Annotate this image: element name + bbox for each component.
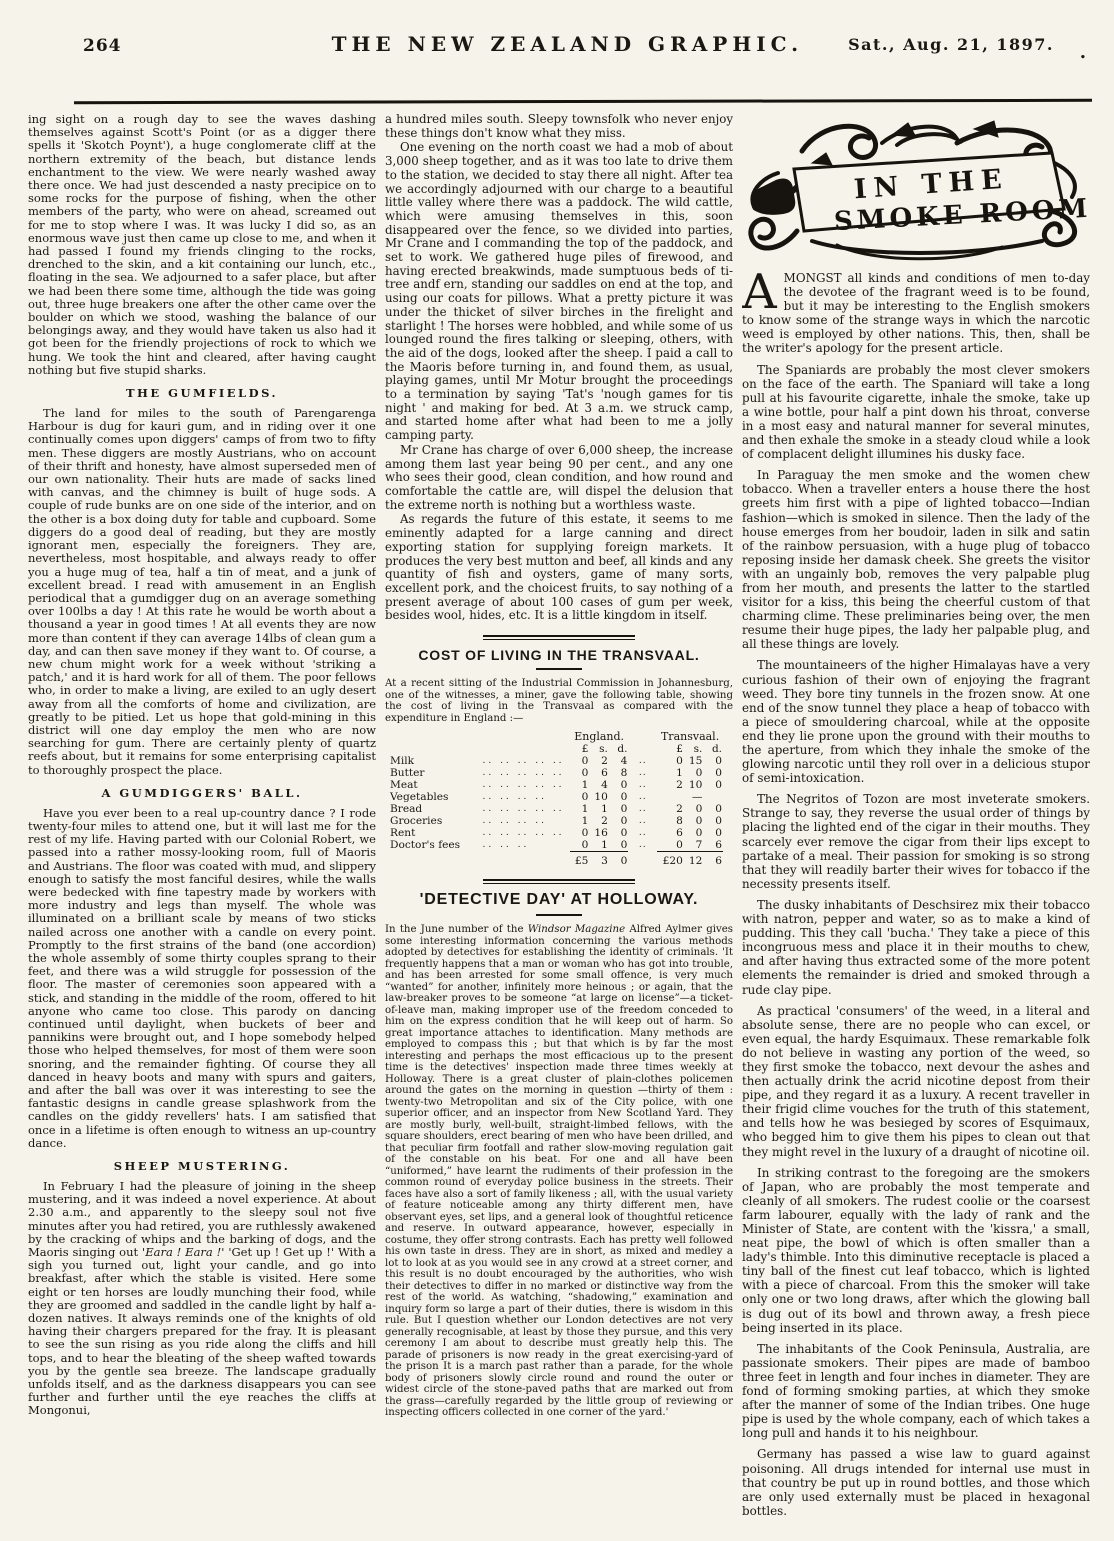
column-center: a hundred miles south. Sleepy townsfolk … — [385, 113, 733, 1537]
italic-publication-name: Windsor Magazine — [528, 924, 625, 935]
paragraph: The Negritos of Tozon are most inveterat… — [742, 792, 1090, 891]
dot-leader: .. — [628, 767, 657, 779]
dot-leader: .. — [628, 827, 657, 839]
paragraph: In striking contrast to the foregoing ar… — [742, 1166, 1090, 1335]
table-row: Butter .. .. .. .. .. 0 6 8 .. 1 0 0 — [389, 767, 723, 779]
table-total-row: £5 3 0 £20 12 6 — [389, 852, 723, 868]
column-header-transvaal: Transvaal. — [657, 730, 723, 743]
paragraph-text: In the June number of the — [385, 924, 528, 935]
column-header-england: England. — [570, 730, 629, 743]
corner-mark: . — [1080, 42, 1086, 63]
masthead: 264 THE NEW ZEALAND GRAPHIC. Sat., Aug. … — [75, 28, 1088, 68]
newspaper-title: THE NEW ZEALAND GRAPHIC. — [332, 32, 804, 56]
article-heading-transvaal: COST OF LIVING IN THE TRANSVAAL. — [385, 647, 733, 663]
currency-shilling: s. — [684, 743, 704, 755]
paragraph: In Paraguay the men smoke and the women … — [742, 468, 1090, 651]
paragraph: AMONGST all kinds and conditions of men … — [742, 271, 1090, 356]
dot-leader: .. .. .. .. — [481, 791, 569, 803]
paragraph: One evening on the north coast we had a … — [385, 141, 733, 442]
section-divider-rule — [483, 635, 635, 640]
table-row: Bread .. .. .. .. .. 1 1 0 .. 2 0 0 — [389, 803, 723, 815]
paragraph: Have you ever been to a real up-country … — [28, 807, 376, 1150]
paragraph: The mountaineers of the higher Himalayas… — [742, 658, 1090, 785]
table-header-row: England. Transvaal. — [389, 730, 723, 743]
table-row: Milk .. .. .. .. .. 0 2 4 .. 0 15 0 — [389, 755, 723, 767]
dot-leader: .. .. .. .. — [481, 815, 569, 827]
paragraph: In the June number of the Windsor Magazi… — [385, 924, 733, 1419]
dot-leader: .. — [628, 791, 657, 803]
dot-leader: .. .. .. .. .. — [481, 779, 569, 791]
table-row: Groceries .. .. .. .. 1 2 0 .. 8 0 0 — [389, 815, 723, 827]
currency-pence: d. — [703, 743, 723, 755]
table-currency-row: £ s. d. £ s. d. — [389, 743, 723, 755]
currency-pence: d. — [609, 743, 629, 755]
paragraph: The dusky inhabitants of Deschsirez mix … — [742, 898, 1090, 997]
currency-shilling: s. — [589, 743, 609, 755]
newspaper-page: 264 THE NEW ZEALAND GRAPHIC. Sat., Aug. … — [0, 0, 1114, 1541]
section-heading-gumfields: THE GUMFIELDS. — [28, 386, 376, 400]
dot-leader: .. .. .. .. .. — [481, 803, 569, 815]
cost-of-living-table: England. Transvaal. £ s. d. £ s. d. Milk — [389, 730, 723, 867]
page-columns: ing sight on a rough day to see the wave… — [28, 113, 1090, 1537]
smoke-room-banner: IN THE SMOKE ROOM — [742, 113, 1090, 265]
drop-cap: A — [742, 271, 784, 311]
dot-leader: .. .. .. .. .. — [481, 755, 569, 767]
dot-leader: .. — [628, 839, 657, 852]
total-transvaal: £20 — [657, 852, 684, 868]
smoke-room-banner-illustration: IN THE SMOKE ROOM — [742, 113, 1090, 265]
heading-underline-rule — [536, 668, 582, 670]
article-heading-holloway: 'DETECTIVE DAY' AT HOLLOWAY. — [385, 891, 733, 909]
section-heading-sheep-mustering: SHEEP MUSTERING. — [28, 1159, 376, 1173]
dot-leader: .. .. .. .. .. — [481, 827, 569, 839]
italic-phrase: 'Eara ! Eara !' — [142, 1245, 224, 1259]
paragraph: As regards the future of this estate, it… — [385, 513, 733, 623]
dot-leader: .. — [628, 803, 657, 815]
paragraph-text: Alfred Aylmer gives some interesting inf… — [385, 924, 733, 1418]
table-row: Vegetables .. .. .. .. 0 10 0 .. — — [389, 791, 723, 803]
paragraph: Mr Crane has charge of over 6,000 sheep,… — [385, 444, 733, 513]
dot-leader: .. — [628, 815, 657, 827]
paragraph: As practical 'consumers' of the weed, in… — [742, 1004, 1090, 1159]
table-row: Meat .. .. .. .. .. 1 4 0 .. 2 10 0 — [389, 779, 723, 791]
paragraph: In February I had the pleasure of joinin… — [28, 1180, 376, 1418]
section-divider-rule — [483, 879, 635, 884]
dot-leader: .. — [628, 779, 657, 791]
dot-leader: .. .. .. .. .. — [481, 767, 569, 779]
currency-pound: £ — [570, 743, 590, 755]
section-heading-gumdiggers-ball: A GUMDIGGERS' BALL. — [28, 786, 376, 800]
total-england: £5 — [570, 852, 590, 868]
dot-leader: .. — [628, 755, 657, 767]
paragraph: ing sight on a rough day to see the wave… — [28, 113, 376, 377]
paragraph: At a recent sitting of the Industrial Co… — [385, 678, 733, 724]
column-right: IN THE SMOKE ROOM AMONGST all kinds and … — [742, 113, 1090, 1537]
page-number: 264 — [83, 36, 122, 56]
paragraph: a hundred miles south. Sleepy townsfolk … — [385, 113, 733, 140]
paragraph: Germany has passed a wise law to guard a… — [742, 1447, 1090, 1517]
table-row: Rent .. .. .. .. .. 0 16 0 .. 6 0 0 — [389, 827, 723, 839]
issue-date: Sat., Aug. 21, 1897. — [848, 35, 1054, 54]
paragraph: The Spaniards are probably the most clev… — [742, 363, 1090, 462]
paragraph-text: MONGST all kinds and conditions of men t… — [742, 271, 1090, 355]
currency-pound: £ — [657, 743, 684, 755]
paragraph-text: 'Get up ! Get up !' With a sigh you turn… — [28, 1245, 376, 1417]
masthead-rule — [74, 99, 1092, 104]
paragraph: The land for miles to the south of Paren… — [28, 407, 376, 777]
column-left: ing sight on a rough day to see the wave… — [28, 113, 376, 1537]
paragraph: The inhabitants of the Cook Peninsula, A… — [742, 1342, 1090, 1441]
table-row: Doctor's fees .. .. .. 0 1 0 .. 0 7 6 — [389, 839, 723, 852]
dot-leader: .. .. .. — [481, 839, 569, 852]
heading-underline-rule — [536, 914, 582, 916]
